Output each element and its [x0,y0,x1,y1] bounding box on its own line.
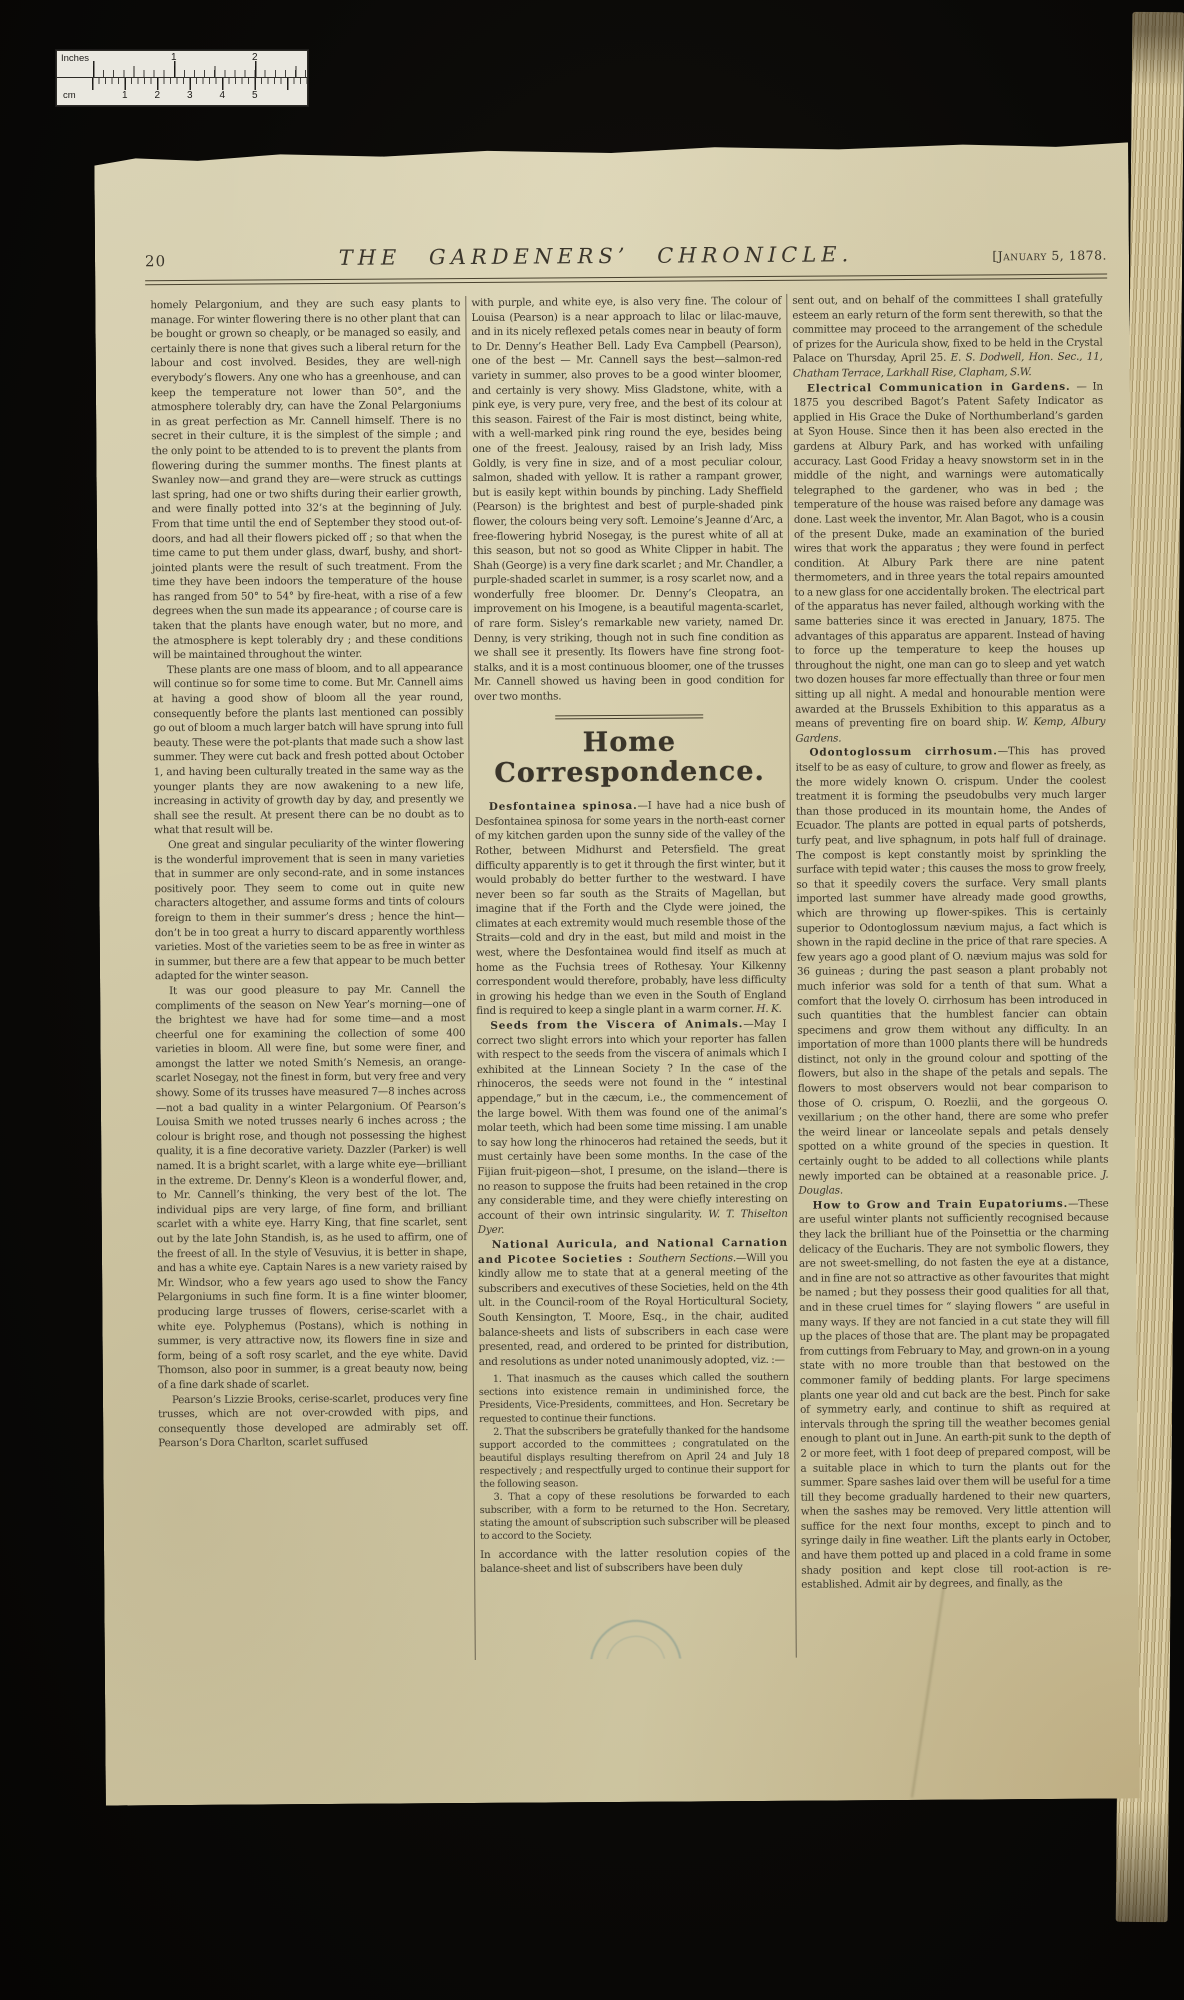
page-content: 20 THE GARDENERS’ CHRONICLE. [January 5,… [94,142,1139,1662]
library-stamp [580,1610,692,1663]
scale-number: 5 [252,90,258,101]
scale-bar: Inches 12 cm 12345 [56,50,308,106]
correspondent-signature: H. K. [756,1003,781,1015]
column-3: sent out, and on behalf of the committee… [786,292,1117,1658]
letter-paragraph: Odontoglossum cirrhosum.—This has proved… [795,744,1108,1199]
section-heading-home-correspondence: Home Correspondence. [474,727,784,789]
correspondent-signature: W. T. Thiselton Dyer. [478,1208,788,1237]
body-paragraph: sent out, and on behalf of the committee… [792,292,1103,382]
page-paper: 20 THE GARDENERS’ CHRONICLE. [January 5,… [94,142,1140,1805]
correspondent-signature: J. Douglas. [798,1168,1108,1197]
cm-label: cm [63,90,76,101]
body-paragraph: It was our good pleasure to pay Mr. Cann… [155,982,468,1393]
correspondent-signature: W. Kemp, Albury Gardens. [795,716,1105,745]
paragraph-lead: Seeds from the Viscera of Animals. [490,1018,743,1032]
masthead: 20 THE GARDENERS’ CHRONICLE. [January 5,… [145,241,1107,272]
body-paragraph: 2. That the subscribers be gratefully th… [479,1423,789,1491]
journal-title: THE GARDENERS’ CHRONICLE. [235,242,957,271]
masthead-rule [145,274,1107,286]
body-paragraph: 1. That inasmuch as the causes which cal… [479,1371,789,1426]
letter-paragraph: How to Grow and Train Eupatoriums.—These… [799,1196,1112,1592]
column-2: with purple, and white eye, is also very… [465,294,796,1660]
scale-number: 2 [155,90,161,101]
body-paragraph: One great and singular peculiarity of th… [154,836,465,984]
body-paragraph: Pearson’s Lizzie Brooks, cerise-scarlet,… [158,1391,468,1452]
body-paragraph: with purple, and white eye, is also very… [471,294,784,705]
body-paragraph: In accordance with the latter resolution… [480,1545,790,1576]
scale-number: 4 [220,90,226,101]
letter-paragraph: Seeds from the Viscera of Animals.—May I… [476,1017,788,1238]
section-divider-rule [555,714,703,720]
scale-bar-inches-row: Inches 12 [57,51,307,78]
scale-number: 1 [171,52,177,63]
paragraph-lead: Electrical Communication in Gardens. [807,380,1071,394]
inches-label: Inches [61,53,89,64]
library-stamp-inner-ring [599,1629,672,1662]
scale-number: 1 [122,90,128,101]
body-paragraph: These plants are one mass of bloom, and … [153,661,464,838]
text-columns: homely Pelargonium, and they are such ea… [145,292,1116,1663]
letter-paragraph: Electrical Communication in Gardens. — I… [793,379,1106,746]
body-paragraph: 3. That a copy of these resolutions be f… [480,1489,790,1544]
paragraph-lead: Desfontainea spinosa. [489,800,638,813]
letter-paragraph: National Auricula, and National Carnatio… [478,1236,789,1370]
letter-paragraph: Desfontainea spinosa.—I have had a nice … [475,798,787,1019]
paragraph-lead: National Auricula, and National Carnatio… [478,1237,788,1266]
scale-bar-cm-row: cm 12345 [57,78,307,104]
scale-number: 3 [187,90,193,101]
paragraph-lead-italic: Southern Sections. [638,1252,736,1265]
paragraph-lead: Odontoglossum cirrhosum. [809,746,997,759]
scale-number: 2 [252,52,258,63]
correspondent-signature: E. S. Dodwell, Hon. Sec., 11, Chatham Te… [793,351,1103,380]
column-1: homely Pelargonium, and they are such ea… [145,296,475,1662]
issue-date: [January 5, 1878. [957,248,1107,264]
page-number: 20 [145,252,235,271]
paragraph-lead: How to Grow and Train Eupatoriums. [813,1198,1069,1212]
body-paragraph: homely Pelargonium, and they are such ea… [150,296,463,663]
